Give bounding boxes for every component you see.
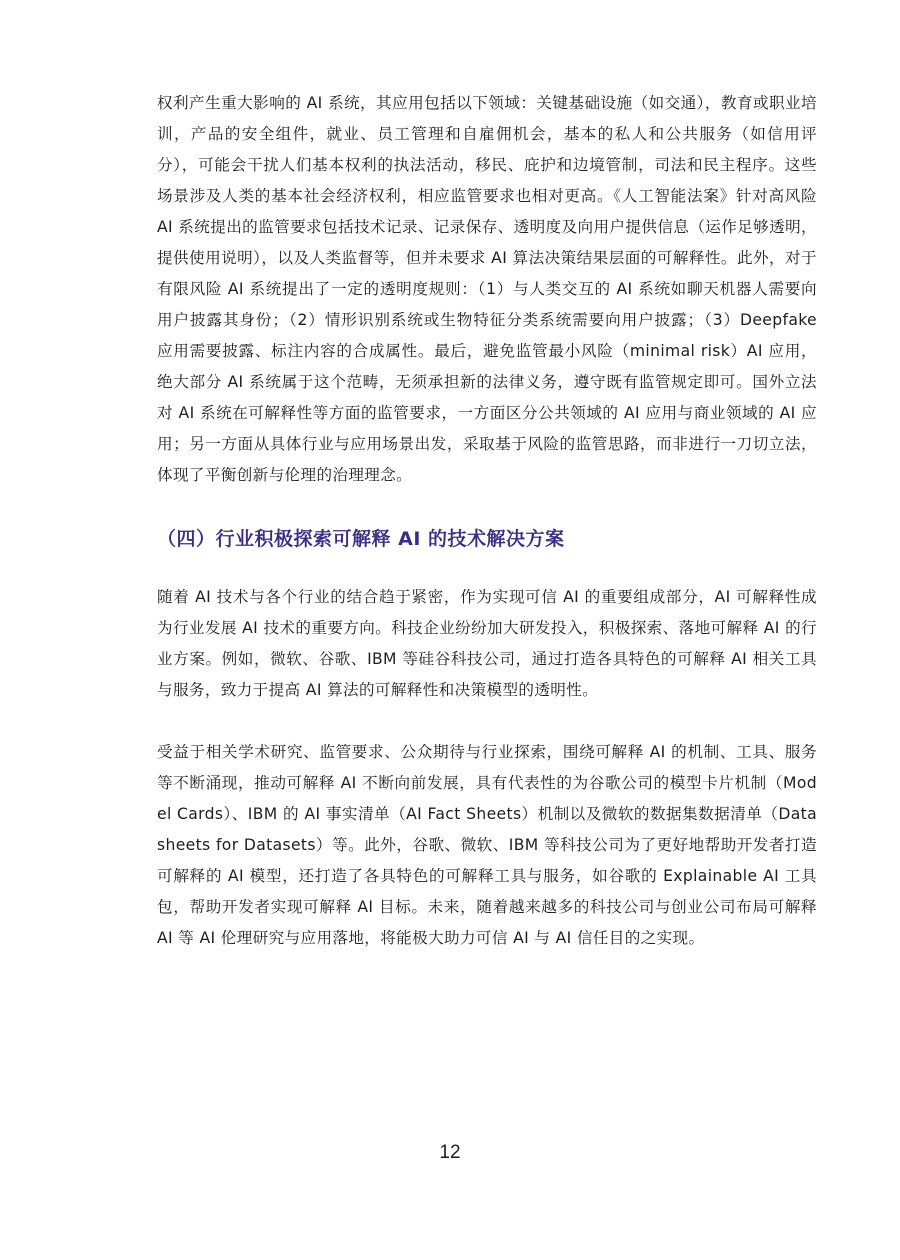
page-number: 12 — [0, 1142, 900, 1164]
body-paragraph: 权利产生重大影响的 AI 系统，其应用包括以下领域：关键基础设施（如交通），教育… — [157, 88, 817, 491]
spacer — [157, 554, 817, 582]
body-paragraph: 随着 AI 技术与各个行业的结合趋于紧密，作为实现可信 AI 的重要组成部分，A… — [157, 582, 817, 706]
spacer — [157, 706, 817, 737]
section-heading: （四）行业积极探索可解释 AI 的技术解决方案 — [157, 524, 817, 554]
body-paragraph: 受益于相关学术研究、监管要求、公众期待与行业探索，围绕可解释 AI 的机制、工具… — [157, 737, 817, 954]
spacer — [157, 491, 817, 524]
document-page: 权利产生重大影响的 AI 系统，其应用包括以下领域：关键基础设施（如交通），教育… — [157, 88, 817, 954]
